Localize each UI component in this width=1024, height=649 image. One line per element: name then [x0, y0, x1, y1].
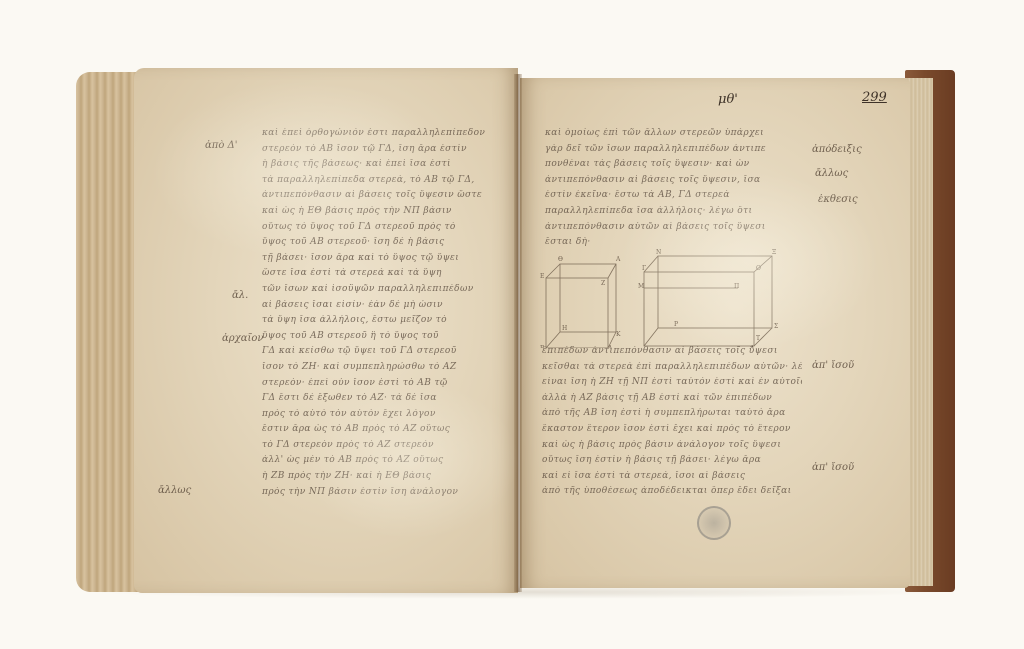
svg-text:Σ: Σ	[774, 323, 778, 330]
margin-note: ἀπόδειξις	[812, 144, 862, 155]
text-line: ἀντιπεπόνθασιν αἱ βάσεις τοῖς ὕψεσιν, ἴσ…	[545, 175, 790, 185]
text-line: παραλληλεπίπεδα ἴσα ἀλλήλοις· λέγω ὅτι	[545, 206, 790, 216]
text-line: τῇ βάσει· ἴσον ἄρα καὶ τὸ ὕψος τῷ ὕψει	[262, 253, 512, 263]
text-line: ὥστε ἴσα ἐστὶ τὰ στερεά καὶ τὰ ὕψη	[262, 268, 512, 278]
margin-note: ἀπὸ Δ'	[205, 140, 238, 151]
text-line: ΓΔ καὶ κείσθω τῷ ὕψει τοῦ ΓΔ στερεοῦ	[262, 346, 512, 356]
text-line: εἶναι ἴση ἡ ΖΗ τῇ ΝΠ ἐστὶ ταὐτόν ἐστὶ κα…	[542, 377, 802, 387]
text-line: κεῖσθαι τὰ στερεὰ ἐπὶ παραλληλεπιπέδων α…	[542, 362, 802, 372]
text-line: ἔσται δὴ·	[545, 237, 790, 247]
text-line: καὶ ὡς ἡ βάσις πρὸς βάσιν ἀνάλογον τοῖς …	[542, 440, 802, 450]
margin-note: ἄλλως	[158, 485, 191, 496]
text-line: αἱ βάσεις ἴσαι εἰσίν· ἐὰν δὲ μὴ ὦσιν	[262, 300, 512, 310]
text-line: καὶ ὁμοίως ἐπὶ τῶν ἄλλων στερεῶν ὑπάρχει	[545, 128, 790, 138]
text-line: πονθέναι τὰς βάσεις τοῖς ὕψεσιν· καὶ ὧν	[545, 159, 790, 169]
margin-note: ἄλλως	[815, 168, 848, 179]
svg-text:Ο: Ο	[756, 265, 761, 272]
text-line: ἐστὶν ἐκεῖνα· ἔστω τὰ ΑΒ, ΓΔ στερεὰ	[545, 190, 790, 200]
text-line: στερεὸν τὸ ΑΒ ἴσον τῷ ΓΔ, ἴση ἄρα ἐστὶν	[262, 144, 512, 154]
manuscript-photo: ἀπὸ Δ' ἄλ. ἀρχαῖον ἄλλως καὶ ἐπεὶ ὀρθογώ…	[0, 0, 1024, 649]
library-stamp-icon	[697, 506, 731, 540]
margin-note: ἄλ.	[232, 290, 248, 301]
svg-text:Τ: Τ	[756, 335, 760, 342]
svg-text:Ξ: Ξ	[772, 249, 776, 256]
text-line: τὸ ΓΔ στερεὸν πρὸς τὸ ΑΖ στερεόν	[262, 440, 512, 450]
text-line: ὕψος τοῦ ΑΒ στερεοῦ· ἴση δὲ ἡ βάσις	[262, 237, 512, 247]
svg-text:Κ: Κ	[616, 331, 621, 338]
book-gutter	[514, 74, 522, 592]
margin-note: ἀπ' ἴσοῦ	[812, 360, 854, 371]
text-line: ἀλλ' ὡς μὲν τὸ ΑΒ πρὸς τὸ ΑΖ οὕτως	[262, 455, 512, 465]
right-page-text-top: καὶ ὁμοίως ἐπὶ τῶν ἄλλων στερεῶν ὑπάρχει…	[545, 128, 790, 253]
text-line: ἀντιπεπόνθασιν αἱ βάσεις τοῖς ὕψεσιν ὥστ…	[262, 190, 512, 200]
text-line: ἡ ΖΒ πρὸς τὴν ΖΗ· καὶ ἡ ΕΘ βάσις	[262, 471, 512, 481]
text-line: τῶν ἴσων καὶ ἰσοϋψῶν παραλληλεπιπέδων	[262, 284, 512, 294]
svg-text:Ζ: Ζ	[601, 280, 605, 287]
svg-text:Θ: Θ	[558, 256, 563, 263]
text-line: ἡ βάσις τῆς βάσεως· καὶ ἐπεὶ ἴσα ἐστὶ	[262, 159, 512, 169]
geometry-diagram: ΕΘΑ ΖΗΚ ΒΛ ΜΓΝ ΞΟΠ ΡΣΤ Δ	[538, 248, 788, 348]
margin-note: ἀπ' ἴσοῦ	[812, 462, 854, 473]
svg-text:Ρ: Ρ	[674, 321, 678, 328]
text-line: στερεὸν· ἐπεὶ οὖν ἴσον ἐστὶ τὸ ΑΒ τῷ	[262, 378, 512, 388]
left-page-text: καὶ ἐπεὶ ὀρθογώνιόν ἐστι παραλληλεπίπεδο…	[262, 128, 512, 502]
text-line: ὕψος τοῦ ΑΒ στερεοῦ ἢ τὸ ὕψος τοῦ	[262, 331, 512, 341]
svg-text:Μ: Μ	[638, 283, 644, 290]
text-line: πρὸς τὸ αὐτὸ τὸν αὐτὸν ἔχει λόγον	[262, 409, 512, 419]
quire-mark: μθ'	[718, 92, 738, 107]
text-line: καὶ ἐπεὶ ὀρθογώνιόν ἐστι παραλληλεπίπεδο…	[262, 128, 512, 138]
text-line: ἴσον τὸ ΖΗ· καὶ συμπεπληρώσθω τὸ ΑΖ	[262, 362, 512, 372]
text-line: πρὸς τὴν ΝΠ βάσιν ἐστὶν ἴση ἀνάλογον	[262, 487, 512, 497]
text-line: τὰ παραλληλεπίπεδα στερεὰ, τὸ ΑΒ τῷ ΓΔ,	[262, 175, 512, 185]
text-line: καὶ εἰ ἴσα ἐστὶ τὰ στερεά, ἴσοι αἱ βάσει…	[542, 471, 802, 481]
svg-text:Α: Α	[615, 256, 621, 263]
text-line: τὰ ὕψη ἴσα ἀλλήλοις, ἔστω μεῖζον τὸ	[262, 315, 512, 325]
text-line: γὰρ δεῖ τῶν ἴσων παραλληλεπιπέδων ἀντιπε	[545, 144, 790, 154]
text-line: ΓΔ ἔστι δὲ ἔξωθεν τὸ ΑΖ· τὰ δὲ ἴσα	[262, 393, 512, 403]
right-page-text-bottom: ἐπιπέδων ἀντιπεπόνθασιν αἱ βάσεις τοῖς ὕ…	[542, 346, 802, 502]
margin-note: ἀρχαῖον	[222, 333, 263, 344]
text-line: οὕτως ἴση ἐστὶν ἡ βάσις τῇ βάσει· λέγω ἄ…	[542, 455, 802, 465]
text-line: ἀλλὰ ἡ ΑΖ βάσις τῇ ΑΒ ἐστὶ καὶ τῶν ἐπιπέ…	[542, 393, 802, 403]
text-line: ἀντιπεπόνθασιν αὐτῶν αἱ βάσεις τοῖς ὕψεσ…	[545, 222, 790, 232]
text-line: οὕτως τὸ ὕψος τοῦ ΓΔ στερεοῦ πρὸς τὸ	[262, 222, 512, 232]
svg-text:Ε: Ε	[540, 273, 544, 280]
svg-text:Ν: Ν	[656, 249, 661, 256]
margin-note: ἐκθεσις	[818, 194, 858, 205]
folio-number: 299	[862, 90, 887, 105]
text-line: ἔστιν ἄρα ὡς τὸ ΑΒ πρὸς τὸ ΑΖ οὕτως	[262, 424, 512, 434]
text-line: ἀπὸ τῆς ὑποθέσεως ἀποδέδεικται ὅπερ ἔδει…	[542, 486, 802, 496]
svg-text:Γ: Γ	[642, 265, 646, 272]
text-line: ἀπὸ τῆς ΑΒ ἴση ἐστὶ ἡ συμπεπλήρωται ταὐτ…	[542, 408, 802, 418]
svg-text:Π: Π	[734, 283, 739, 290]
text-line: ἐπιπέδων ἀντιπεπόνθασιν αἱ βάσεις τοῖς ὕ…	[542, 346, 802, 356]
text-line: ἕκαστον ἕτερον ἴσον ἐστὶ ἔχει καὶ πρὸς τ…	[542, 424, 802, 434]
svg-text:Η: Η	[562, 325, 567, 332]
text-line: καὶ ὡς ἡ ΕΘ βάσις πρὸς τὴν ΝΠ βάσιν	[262, 206, 512, 216]
